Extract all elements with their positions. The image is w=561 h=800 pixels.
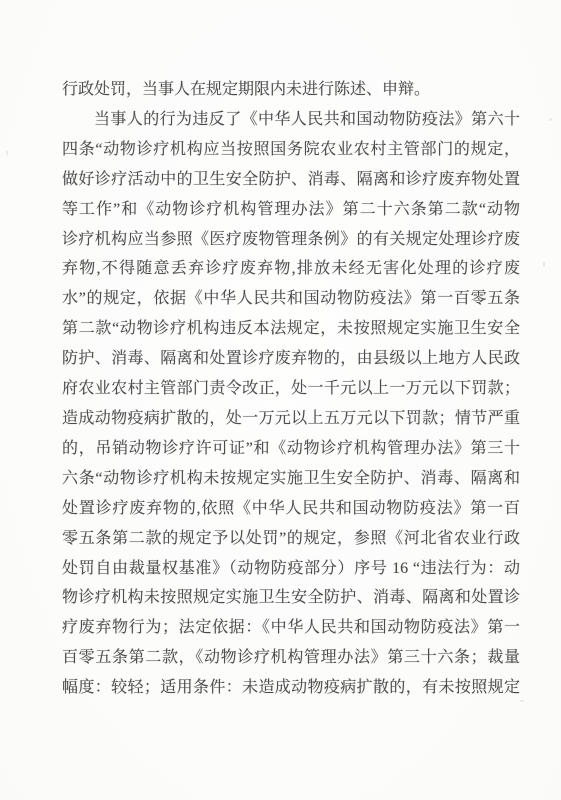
document-page: 行政处罚，当事人在规定期限内未进行陈述、申辩。 当事人的行为违反了《中华人民共和… <box>0 0 561 800</box>
text-line: 诊疗机构应当参照《医疗废物管理条例》的有关规定处理诊疗废 <box>62 225 520 255</box>
text-line: 水”的规定，依据《中华人民共和国动物防疫法》第一百零五条 <box>62 284 520 314</box>
scan-speck <box>543 262 545 267</box>
scan-speck <box>6 150 8 156</box>
scan-speck <box>520 700 524 702</box>
text-line: 零五条第二款的规定予以处罚”的规定，参照《河北省农业行政 <box>62 524 520 554</box>
text-line: 处置诊疗废弃物的,依照《中华人民共和国动物防疫法》第一百 <box>62 494 520 524</box>
text-line: 百零五条第二款，《动物诊疗机构管理办法》第三十六条；裁量 <box>62 643 520 673</box>
text-line: 府农业农村主管部门责令改正，处一千元以上一万元以下罚款； <box>62 374 520 404</box>
text-line: 六条“动物诊疗机构未按规定实施卫生安全防护、消毒、隔离和 <box>62 464 520 494</box>
text-line: 处罚自由裁量权基准》（动物防疫部分）序号 16 “违法行为：动 <box>62 554 520 584</box>
text-line: 四条“动物诊疗机构应当按照国务院农业农村主管部门的规定， <box>62 135 520 165</box>
text-line: 防护、消毒、隔离和处置诊疗废弃物的，由县级以上地方人民政 <box>62 344 520 374</box>
text-line: 行政处罚，当事人在规定期限内未进行陈述、申辩。 <box>62 75 520 105</box>
text-line: 做好诊疗活动中的卫生安全防护、消毒、隔离和诊疗废弃物处置 <box>62 165 520 195</box>
scan-speck <box>549 118 552 121</box>
text-line: 弃物,不得随意丢弃诊疗废弃物,排放未经无害化处理的诊疗废 <box>62 254 520 284</box>
text-line: 等工作”和《动物诊疗机构管理办法》第二十六条第二款“动物 <box>62 195 520 225</box>
text-line: 的，吊销动物诊疗许可证”和《动物诊疗机构管理办法》第三十 <box>62 434 520 464</box>
document-body: 行政处罚，当事人在规定期限内未进行陈述、申辩。 当事人的行为违反了《中华人民共和… <box>62 75 520 703</box>
text-line: 物诊疗机构未按照规定实施卫生安全防护、消毒、隔离和处置诊 <box>62 583 520 613</box>
text-line: 幅度：较轻；适用条件：未造成动物疫病扩散的，有未按照规定 <box>62 673 520 703</box>
text-line: 第二款“动物诊疗机构违反本法规定，未按照规定实施卫生安全 <box>62 314 520 344</box>
text-line: 当事人的行为违反了《中华人民共和国动物防疫法》第六十 <box>62 105 520 135</box>
text-line: 造成动物疫病扩散的，处一万元以上五万元以下罚款；情节严重 <box>62 404 520 434</box>
text-line: 疗废弃物行为；法定依据：《中华人民共和国动物防疫法》第一 <box>62 613 520 643</box>
